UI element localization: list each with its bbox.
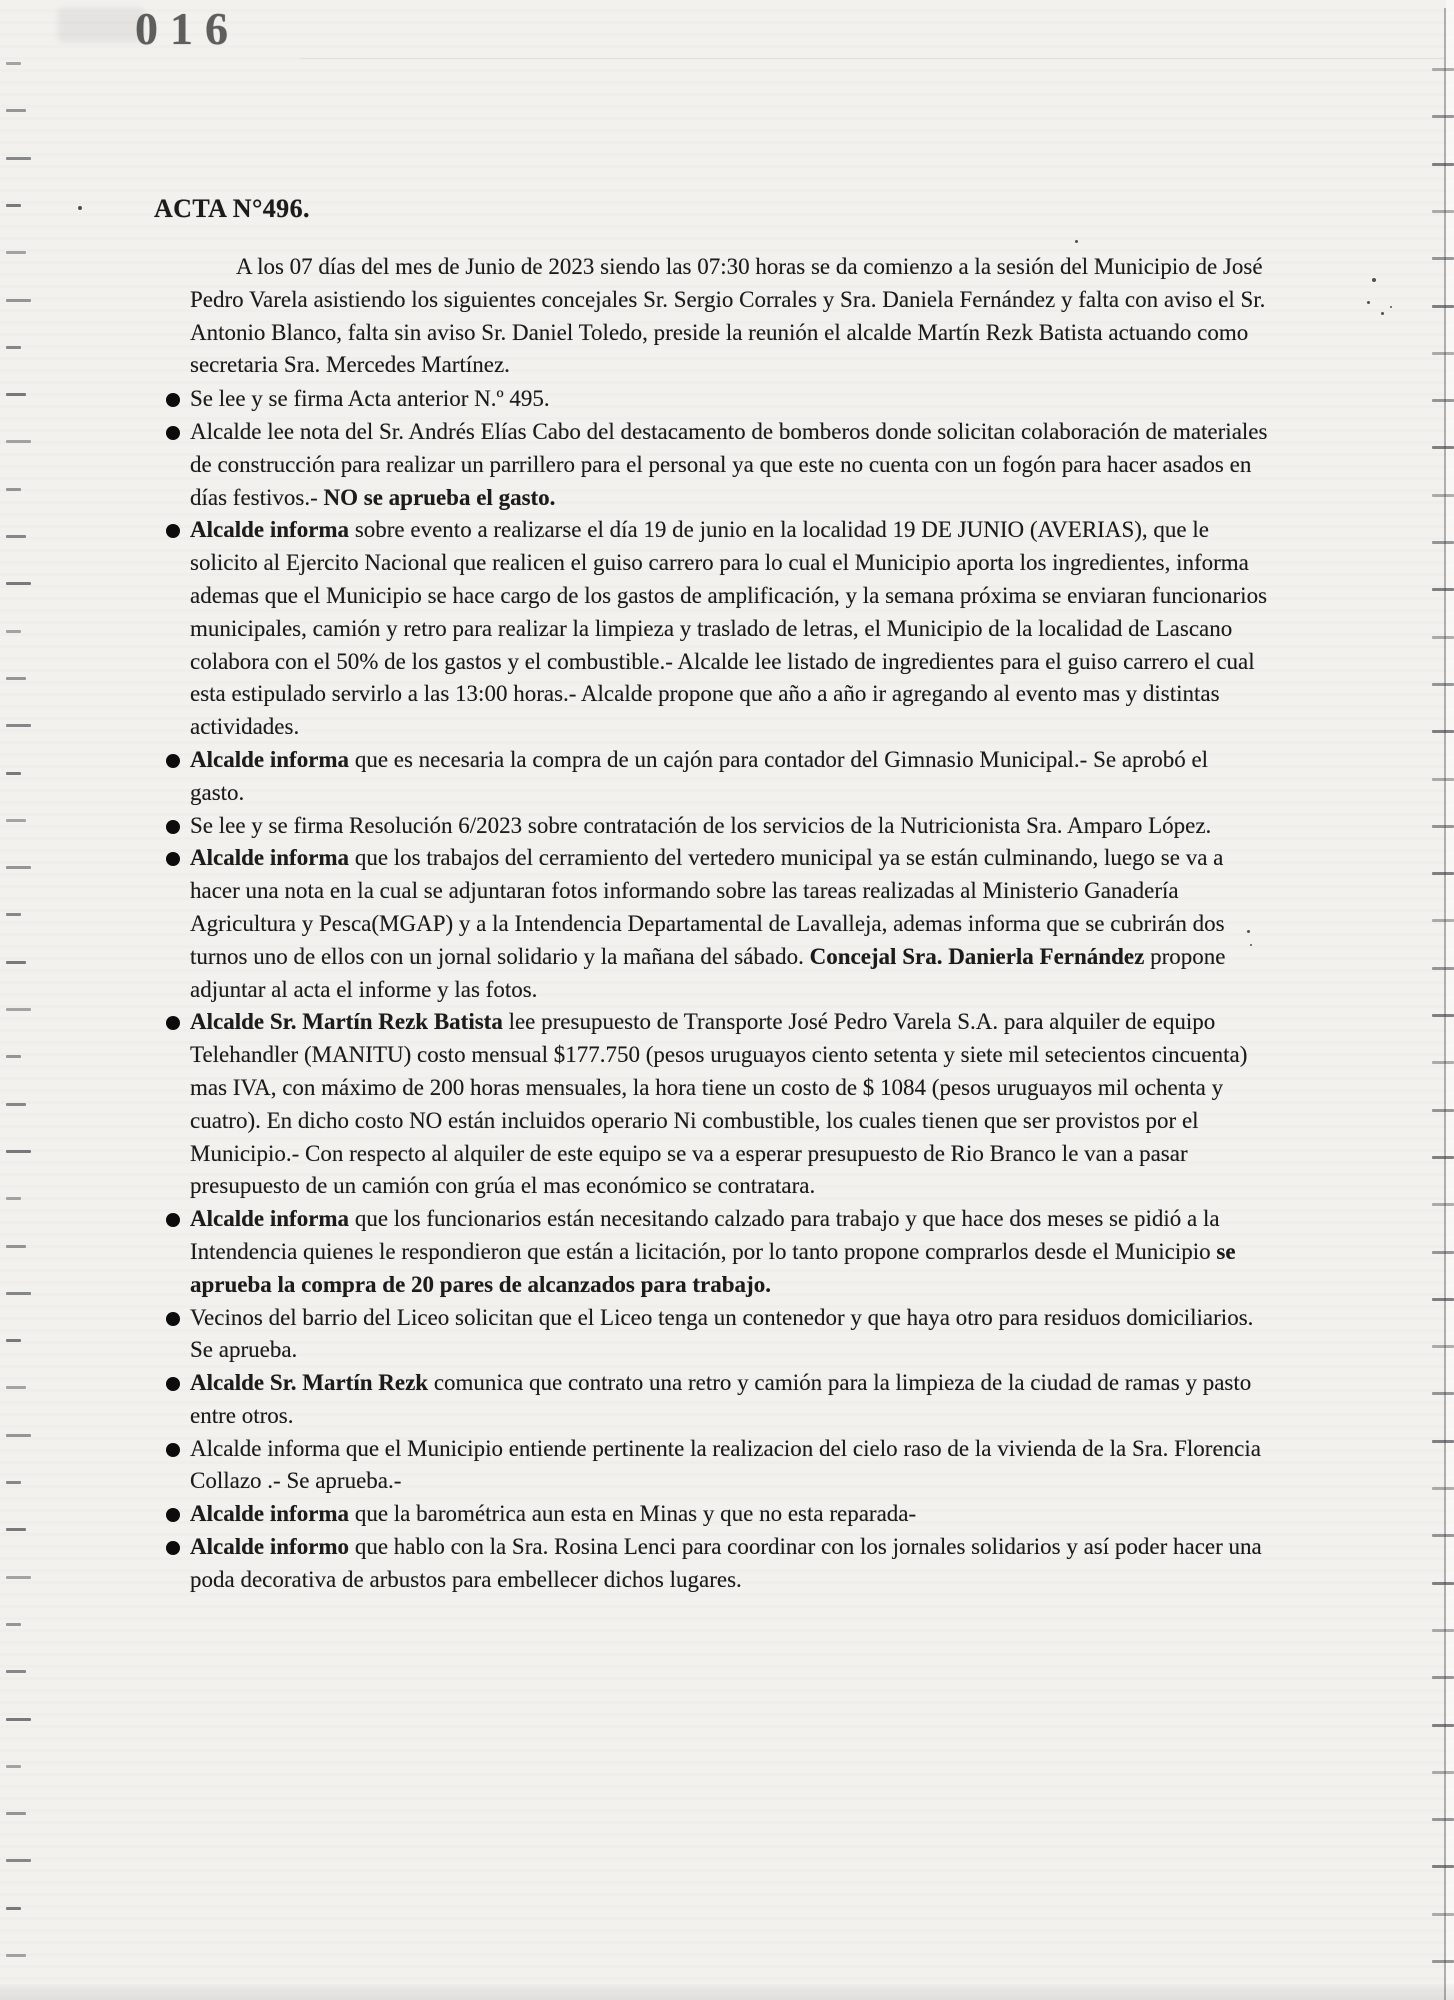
edge-tick [6, 961, 26, 964]
scanned-minutes-page: { "page": { "stamp_number": "016", "titl… [0, 0, 1454, 2000]
edge-tick [1432, 1061, 1454, 1064]
edge-tick [6, 724, 31, 727]
bold-text-run: Alcalde informa [190, 747, 349, 772]
edge-tick [1432, 1818, 1454, 1821]
edge-tick [1432, 636, 1454, 639]
list-item: Vecinos del barrio del Liceo solicitan q… [190, 1302, 1268, 1368]
edge-tick [1432, 778, 1454, 781]
edge-tick [6, 582, 31, 585]
list-item: Alcalde informa sobre evento a realizars… [190, 514, 1268, 744]
edge-tick [6, 819, 26, 822]
edge-tick [6, 772, 21, 775]
edge-tick [6, 1103, 26, 1106]
text-run: Se lee y se firma Acta anterior N.º 495. [190, 386, 550, 411]
ink-speck [78, 206, 82, 210]
edge-tick [1432, 1392, 1454, 1395]
edge-tick [6, 1150, 31, 1153]
edge-tick [6, 109, 26, 112]
edge-tick [1432, 1440, 1454, 1443]
bold-text-run: NO se aprueba el gasto. [324, 485, 556, 510]
edge-tick [6, 1055, 21, 1058]
edge-tick [1432, 1676, 1454, 1679]
ink-speck [1372, 278, 1376, 282]
edge-tick [1432, 588, 1454, 591]
page-number-stamp: 016 [135, 2, 240, 55]
bold-text-run: Concejal Sra. Danierla Fernández [810, 944, 1145, 969]
list-item: Alcalde Sr. Martín Rezk comunica que con… [190, 1367, 1268, 1433]
edge-tick [1432, 1582, 1454, 1585]
edge-tick [1432, 1960, 1454, 1963]
text-run: Se lee y se firma Resolución 6/2023 sobr… [190, 813, 1211, 838]
edge-tick [6, 1670, 26, 1673]
scan-bottom-band [0, 1984, 1454, 2000]
edge-tick [1432, 683, 1454, 686]
ink-speck [1367, 301, 1370, 304]
edge-tick [6, 62, 21, 65]
list-item: Alcalde informa que los funcionarios est… [190, 1203, 1268, 1301]
edge-tick [6, 1623, 21, 1626]
text-run: Vecinos del barrio del Liceo solicitan q… [190, 1305, 1253, 1363]
edge-tick [1432, 1771, 1454, 1774]
edge-tick [1432, 352, 1454, 355]
edge-tick [6, 1292, 31, 1295]
text-run: Alcalde informa que el Municipio entiend… [190, 1436, 1261, 1494]
edge-tick [1432, 1298, 1454, 1301]
ink-speck [1381, 312, 1384, 315]
edge-tick [6, 1386, 26, 1389]
edge-tick [1432, 115, 1454, 118]
ink-speck [1390, 306, 1392, 308]
edge-tick [6, 1197, 21, 1200]
edge-tick [6, 1245, 26, 1248]
edge-tick [1432, 1014, 1454, 1017]
bold-text-run: Alcalde Sr. Martín Rezk [190, 1370, 428, 1395]
edge-tick [1432, 1251, 1454, 1254]
edge-tick [1432, 305, 1454, 308]
edge-tick [1432, 68, 1454, 71]
edge-tick [1432, 1109, 1454, 1112]
edge-tick [6, 1765, 21, 1768]
edge-tick [6, 1954, 26, 1957]
list-item: Se lee y se firma Acta anterior N.º 495. [190, 383, 1268, 416]
page-title: ACTA N°496. [154, 194, 1268, 224]
edge-tick [6, 1339, 21, 1342]
edge-tick [6, 157, 31, 160]
document-body: ACTA N°496. A los 07 días del mes de Jun… [190, 194, 1268, 1597]
edge-tick [1432, 1629, 1454, 1632]
bold-text-run: Alcalde informo [190, 1534, 349, 1559]
edge-tick [6, 1859, 31, 1862]
edge-tick [1432, 1345, 1454, 1348]
edge-tick [6, 488, 21, 491]
edge-tick [6, 1576, 31, 1579]
edge-tick [6, 630, 21, 633]
edge-tick [6, 1812, 26, 1815]
edge-tick [1432, 1487, 1454, 1490]
list-item: Alcalde lee nota del Sr. Andrés Elías Ca… [190, 416, 1268, 514]
edge-tick [6, 866, 31, 869]
bold-text-run: Alcalde Sr. Martín Rezk Batista [190, 1009, 503, 1034]
edge-tick [6, 1718, 31, 1721]
list-item: Alcalde informa que la barométrica aun e… [190, 1498, 1268, 1531]
edge-tick [1432, 1156, 1454, 1159]
edge-tick [1432, 399, 1454, 402]
edge-tick [1432, 210, 1454, 213]
edge-tick [1432, 257, 1454, 260]
minutes-list: Se lee y se firma Acta anterior N.º 495.… [190, 383, 1268, 1596]
edge-tick [1432, 825, 1454, 828]
edge-tick [6, 346, 21, 349]
edge-tick [1432, 163, 1454, 166]
edge-tick [6, 393, 26, 396]
edge-tick [6, 251, 26, 254]
edge-tick [6, 677, 26, 680]
edge-tick [6, 299, 31, 302]
edge-tick [1432, 494, 1454, 497]
edge-tick [1432, 1534, 1454, 1537]
list-item: Alcalde informa que es necesaria la comp… [190, 744, 1268, 810]
edge-tick [1432, 1865, 1454, 1868]
list-item: Se lee y se firma Resolución 6/2023 sobr… [190, 810, 1268, 843]
edge-tick [6, 535, 26, 538]
edge-tick [1432, 1724, 1454, 1727]
edge-tick [6, 440, 31, 443]
list-item: Alcalde Sr. Martín Rezk Batista lee pres… [190, 1006, 1268, 1203]
edge-tick [6, 1481, 21, 1484]
text-run: que hablo con la Sra. Rosina Lenci para … [190, 1534, 1262, 1592]
edge-tick [1432, 1913, 1454, 1916]
edge-tick [6, 913, 21, 916]
edge-tick [6, 1528, 26, 1531]
edge-tick [1432, 730, 1454, 733]
edge-tick [6, 1008, 31, 1011]
text-run: que la barométrica aun esta en Minas y q… [349, 1501, 916, 1526]
edge-tick [6, 204, 21, 207]
edge-tick [1432, 541, 1454, 544]
list-item: Alcalde informa que el Municipio entiend… [190, 1433, 1268, 1499]
intro-paragraph: A los 07 días del mes de Junio de 2023 s… [190, 251, 1268, 382]
edge-tick [1432, 919, 1454, 922]
edge-tick [1432, 872, 1454, 875]
bold-text-run: Alcalde informa [190, 1501, 349, 1526]
scan-line-artifact [300, 58, 1444, 59]
list-item: Alcalde informo que hablo con la Sra. Ro… [190, 1531, 1268, 1597]
text-run: lee presupuesto de Transporte José Pedro… [190, 1009, 1247, 1198]
edge-tick [1432, 1203, 1454, 1206]
edge-tick [6, 1434, 31, 1437]
bold-text-run: Alcalde informa [190, 1206, 349, 1231]
text-run: sobre evento a realizarse el día 19 de j… [190, 517, 1267, 739]
bold-text-run: Alcalde informa [190, 517, 349, 542]
stamp-smudge [58, 8, 144, 42]
paper-right-strip [1446, 0, 1454, 2000]
edge-tick [1432, 446, 1454, 449]
bold-text-run: Alcalde informa [190, 845, 349, 870]
edge-tick [6, 1907, 21, 1910]
list-item: Alcalde informa que los trabajos del cer… [190, 842, 1268, 1006]
edge-tick [1432, 967, 1454, 970]
